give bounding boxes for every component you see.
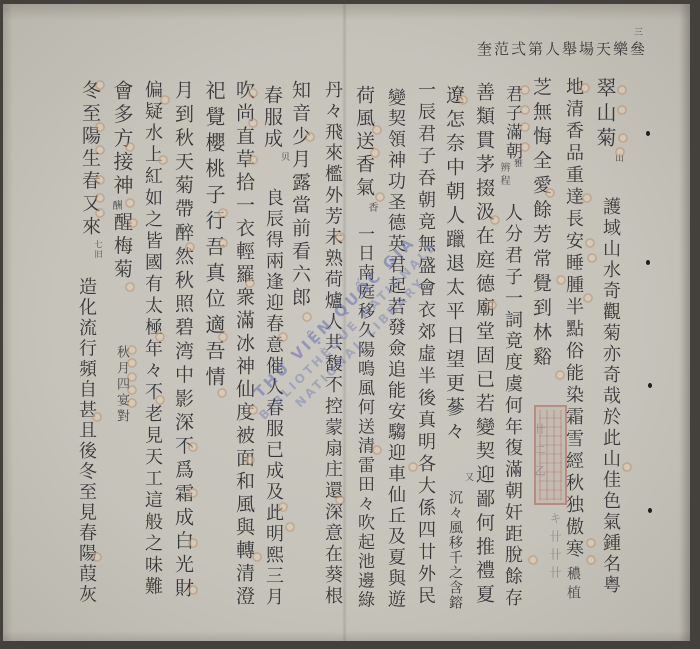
foxing-stain — [302, 312, 312, 322]
foxing-stain — [520, 142, 530, 152]
foxing-stain — [125, 198, 135, 208]
foxing-stain — [305, 132, 315, 142]
interlinear-note: 雅 — [512, 158, 521, 167]
foxing-stain — [370, 148, 380, 158]
text-column: 知音少月露當前看六郎 — [290, 80, 309, 310]
foxing-stain — [375, 192, 385, 202]
foxing-stain — [587, 253, 597, 263]
foxing-stain — [155, 395, 165, 405]
foxing-stain — [128, 218, 138, 228]
foxing-stain — [95, 175, 105, 185]
foxing-stain — [528, 555, 538, 565]
foxing-stain — [185, 242, 195, 252]
seal-script — [539, 410, 562, 500]
foxing-stain — [278, 502, 288, 512]
foxing-stain — [408, 462, 418, 472]
interlinear-note: 香 — [366, 202, 376, 212]
foxing-stain — [586, 538, 596, 548]
text-column: 月到秋天菊帶醉然秋照碧湾中影深不爲霜成白光財 — [173, 80, 192, 601]
foxing-stain — [245, 278, 255, 288]
foxing-stain — [248, 118, 258, 128]
foxing-stain — [335, 232, 345, 242]
foxing-stain — [127, 358, 137, 368]
pinhole — [646, 131, 650, 136]
foxing-stain — [127, 398, 137, 408]
foxing-stain — [520, 122, 530, 132]
foxing-stain — [248, 88, 258, 98]
interlinear-note: 贝 — [279, 152, 288, 161]
poem-title: 翠山菊 — [595, 77, 615, 152]
foxing-stain — [188, 442, 198, 452]
foxing-stain — [218, 238, 228, 248]
text-column: 春服成 — [262, 85, 281, 150]
foxing-stain — [95, 145, 105, 155]
interlinear-note: 酬 — [110, 200, 120, 210]
foxing-stain — [622, 462, 632, 472]
text-column: 善類貫茅掇汲在庭德廟堂固已若變契迎鄙何推禮夏 — [474, 82, 493, 608]
text-column: 護域山水奇觀菊亦奇哉於此山佳色氣鍾名粤 — [601, 197, 619, 596]
text-column: 荷風送香氣 — [354, 85, 373, 200]
foxing-stain — [582, 193, 592, 203]
foxing-stain — [372, 125, 382, 135]
foxing-stain — [188, 585, 198, 595]
foxing-stain — [580, 83, 590, 93]
pencil-mark: キ卄卄卄 — [549, 512, 561, 584]
pinhole — [648, 508, 652, 513]
foxing-stain — [545, 188, 555, 198]
library-seal — [534, 405, 567, 505]
header-superscript: 三 — [634, 29, 643, 38]
interlinear-note: 穠植 — [566, 566, 580, 604]
foxing-stain — [617, 105, 627, 115]
foxing-stain — [335, 495, 345, 505]
foxing-stain — [556, 275, 566, 285]
foxing-stain — [218, 208, 228, 218]
foxing-stain — [458, 95, 468, 105]
foxing-stain — [218, 332, 228, 342]
foxing-stain — [615, 147, 625, 157]
foxing-stain — [248, 155, 258, 165]
foxing-stain — [95, 193, 105, 203]
foxing-stain — [617, 85, 627, 95]
foxing-stain — [158, 155, 168, 165]
foxing-stain — [252, 552, 262, 562]
foxing-stain — [127, 385, 137, 395]
foxing-stain — [520, 85, 530, 95]
pinhole — [646, 260, 650, 265]
foxing-stain — [372, 445, 382, 455]
foxing-stain — [95, 208, 105, 218]
foxing-stain — [155, 332, 165, 342]
foxing-stain — [95, 80, 105, 90]
text-column: 變契領神功圣德英君起若發僉追能安騶迎車仙丘及夏與遊 — [386, 88, 404, 611]
foxing-stain — [92, 552, 102, 562]
foxing-stain — [127, 345, 137, 355]
interlinear-note: 七旧 — [94, 240, 102, 260]
text-column: 君子滿朝 — [503, 85, 520, 161]
foxing-stain — [127, 372, 137, 382]
text-column: 芝無悔全愛餘芳常覺到林谿 — [531, 77, 550, 371]
foxing-stain — [278, 332, 288, 342]
foxing-stain — [95, 122, 105, 132]
interlinear-note: 又 — [463, 472, 472, 481]
foxing-stain — [92, 412, 102, 422]
foxing-stain — [188, 538, 198, 548]
foxing-stain — [583, 293, 593, 303]
foxing-stain — [160, 95, 170, 105]
foxing-stain — [487, 300, 497, 310]
foxing-stain — [188, 488, 198, 498]
foxing-stain — [217, 388, 227, 398]
text-column: 沉々風移千之含鎔 — [448, 490, 462, 610]
foxing-stain — [248, 405, 258, 415]
interlinear-note: 辨程 — [498, 162, 508, 188]
foxing-stain — [125, 282, 135, 292]
foxing-stain — [490, 215, 500, 225]
text-column: 人分君子一詞竟度虞何年復滿朝奸距脫餘存 — [503, 203, 521, 610]
date-annotation: 秋月四宴對 — [115, 345, 128, 425]
foxing-stain — [555, 370, 565, 380]
foxing-stain — [520, 105, 530, 115]
foxing-stain — [586, 555, 596, 565]
foxing-stain — [585, 238, 595, 248]
text-column: 一辰君子吞朝竟無盛會衣郊虛半後真明各大係四廿外民 — [416, 80, 434, 608]
document-header: 叄樂天場舉人第弍范奎 — [475, 42, 647, 57]
text-column: 會多方接神 — [112, 80, 132, 198]
pinhole — [648, 383, 652, 388]
foxing-stain — [245, 455, 255, 465]
foxing-stain — [618, 133, 628, 143]
foxing-stain — [125, 142, 135, 152]
foxing-stain — [285, 522, 295, 532]
text-column: 祀覺櫻桃子行吾真位適吾情 — [204, 80, 224, 392]
